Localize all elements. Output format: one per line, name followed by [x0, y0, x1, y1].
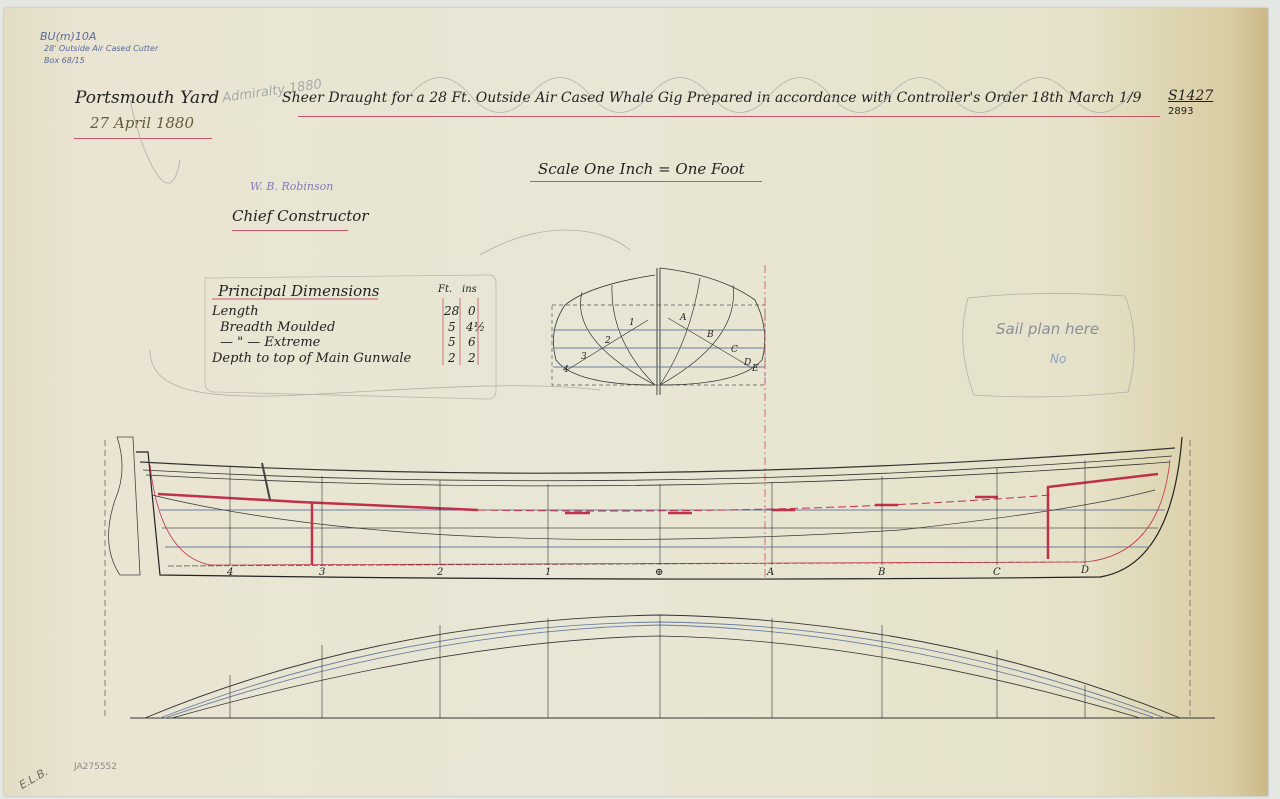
sheer-station-C: C: [993, 567, 1001, 578]
sheer-plan: [105, 437, 1190, 720]
body-station-2: 2: [605, 336, 611, 346]
body-station-4: 4: [563, 365, 569, 375]
sheer-station-D: D: [1081, 565, 1089, 576]
sheer-station-2: 2: [437, 567, 443, 578]
body-station-A: A: [680, 313, 687, 323]
half-breadth-plan: [130, 615, 1215, 718]
body-station-3: 3: [581, 352, 587, 362]
body-plan: [552, 268, 765, 395]
ship-drawing: [0, 0, 1280, 799]
body-station-C: C: [731, 345, 738, 355]
sail-plan-outline: [963, 293, 1135, 396]
body-station-E: E: [752, 364, 759, 374]
sheer-station-A: A: [767, 567, 774, 578]
dimensions-box-outline: [205, 275, 496, 399]
body-station-1: 1: [629, 318, 635, 328]
body-station-D: D: [744, 358, 751, 368]
sheer-station-4: 4: [227, 567, 233, 578]
sheer-station-B: B: [878, 567, 885, 578]
sheer-station-1: 1: [545, 567, 551, 578]
catalogue-number: JA275552: [74, 762, 117, 772]
sheer-station-3: 3: [319, 567, 325, 578]
sheer-station-midship: ⊕: [655, 567, 663, 578]
body-station-B: B: [707, 330, 714, 340]
